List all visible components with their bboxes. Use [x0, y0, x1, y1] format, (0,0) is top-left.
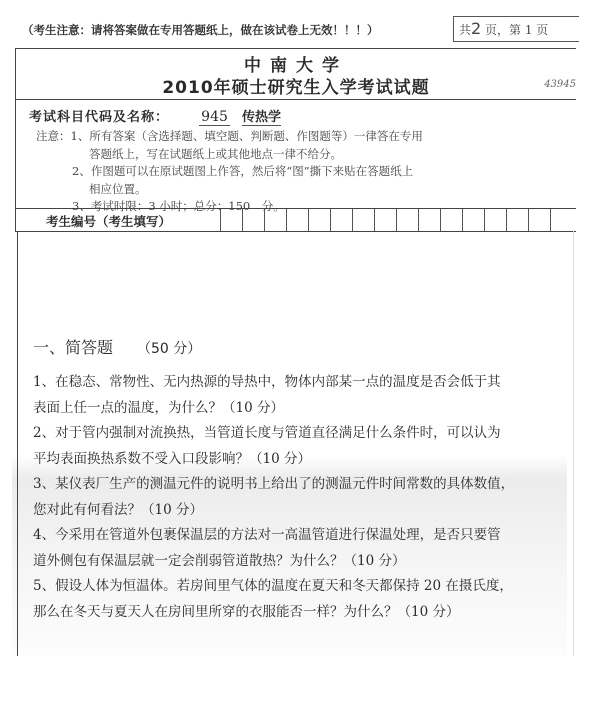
subject-name: 传热学 [242, 110, 281, 126]
student-id-boxes [220, 209, 572, 231]
id-digit-box [484, 209, 506, 231]
instruction-line: 注意：1、所有答案（含选择题、填空题、判断题、作图题等）一律答在专用 [36, 128, 423, 146]
question-line: 表面上任一点的温度，为什么？（10 分） [33, 396, 568, 422]
id-digit-box [506, 209, 528, 231]
exam-instructions: 注意：1、所有答案（含选择题、填空题、判断题、作图题等）一律答在专用 答题纸上，… [36, 128, 423, 216]
id-digit-box [352, 209, 374, 231]
exam-title: 2010年硕士研究生入学考试试题 [16, 73, 576, 98]
exam-notice: （考生注意：请将答案做在专用答题纸上，做在该试卷上无效！！！） [22, 22, 379, 38]
question-line: 3、某仪表厂生产的测温元件的说明书上给出了的测温元件时间常数的具体数值， [33, 472, 568, 498]
id-digit-box [462, 209, 484, 231]
id-digit-box [308, 209, 330, 231]
id-digit-box [528, 209, 550, 231]
question-line: 1、在稳态、常物性、无内热源的导热中，物体内部某一点的温度是否会低于其 [33, 370, 568, 396]
id-digit-box [242, 209, 264, 231]
student-id-label: 考生编号（考生填写） [46, 212, 171, 230]
id-digit-box [418, 209, 440, 231]
id-digit-box [264, 209, 286, 231]
question-line: 4、今采用在管道外包裹保温层的方法对一高温管道进行保温处理，是否只要管 [33, 523, 568, 549]
question-1: 1、在稳态、常物性、无内热源的导热中，物体内部某一点的温度是否会低于其 表面上任… [33, 370, 568, 421]
question-line: 5、假设人体为恒温体。若房间里气体的温度在夏天和冬天都保持 20 在摄氏度， [33, 574, 568, 600]
subject-row: 考试科目代码及名称： 945 传热学 [29, 106, 281, 125]
id-digit-box [374, 209, 396, 231]
section-points: （50 分） [137, 341, 201, 357]
id-digit-box [550, 209, 572, 231]
page-count-prefix: 共 [459, 23, 471, 37]
id-digit-box [330, 209, 352, 231]
question-line: 2、对于管内强制对流换热，当管道长度与管道直径满足什么条件时，可以认为 [33, 421, 568, 447]
question-line: 您对此有何看法？（10 分） [33, 498, 568, 524]
document-code: 43945 [544, 79, 576, 90]
question-list: 1、在稳态、常物性、无内热源的导热中，物体内部某一点的温度是否会低于其 表面上任… [33, 370, 568, 625]
instruction-line: 答题纸上，写在试题纸上或其他地点一律不给分。 [36, 146, 423, 164]
exam-info-box: 考试科目代码及名称： 945 传热学 注意：1、所有答案（含选择题、填空题、判断… [15, 98, 576, 232]
page-count-suffix: 页 [532, 23, 548, 37]
page-count: 共2 页，第 1 页 [453, 16, 579, 42]
section-title: 一、简答题 [33, 338, 113, 357]
question-5: 5、假设人体为恒温体。若房间里气体的温度在夏天和冬天都保持 20 在摄氏度， 那… [33, 574, 568, 625]
subject-label: 考试科目代码及名称： [29, 110, 169, 125]
id-digit-box [220, 209, 242, 231]
question-2: 2、对于管内强制对流换热，当管道长度与管道直径满足什么条件时，可以认为 平均表面… [33, 421, 568, 472]
exam-paper: （考生注意：请将答案做在专用答题纸上，做在该试卷上无效！！！） 共2 页，第 1… [0, 0, 590, 723]
question-4: 4、今采用在管道外包裹保温层的方法对一高温管道进行保温处理，是否只要管 道外侧包… [33, 523, 568, 574]
page-total: 2 [471, 19, 481, 38]
instruction-line: 相应位置。 [36, 181, 423, 199]
instruction-line: 2、作图题可以在原试题图上作答，然后将“图”撕下来贴在答题纸上 [36, 163, 423, 181]
question-3: 3、某仪表厂生产的测温元件的说明书上给出了的测温元件时间常数的具体数值， 您对此… [33, 472, 568, 523]
title-box: 中南大学 2010年硕士研究生入学考试试题 43945 [15, 48, 576, 100]
id-digit-box [396, 209, 418, 231]
section-heading: 一、简答题（50 分） [33, 335, 201, 358]
question-line: 平均表面换热系数不受入口段影响？（10 分） [33, 447, 568, 473]
subject-code: 945 [199, 109, 230, 126]
page-right-border [573, 231, 574, 656]
question-line: 那么在冬天与夏天人在房间里所穿的衣服能否一样？为什么？（10 分） [33, 600, 568, 626]
page-left-border [17, 231, 18, 656]
page-count-middle: 页，第 [481, 23, 525, 37]
question-line: 道外侧包有保温层就一定会削弱管道散热？为什么？（10 分） [33, 549, 568, 575]
id-digit-box [440, 209, 462, 231]
student-id-row: 考生编号（考生填写） [16, 208, 576, 231]
id-digit-box [286, 209, 308, 231]
